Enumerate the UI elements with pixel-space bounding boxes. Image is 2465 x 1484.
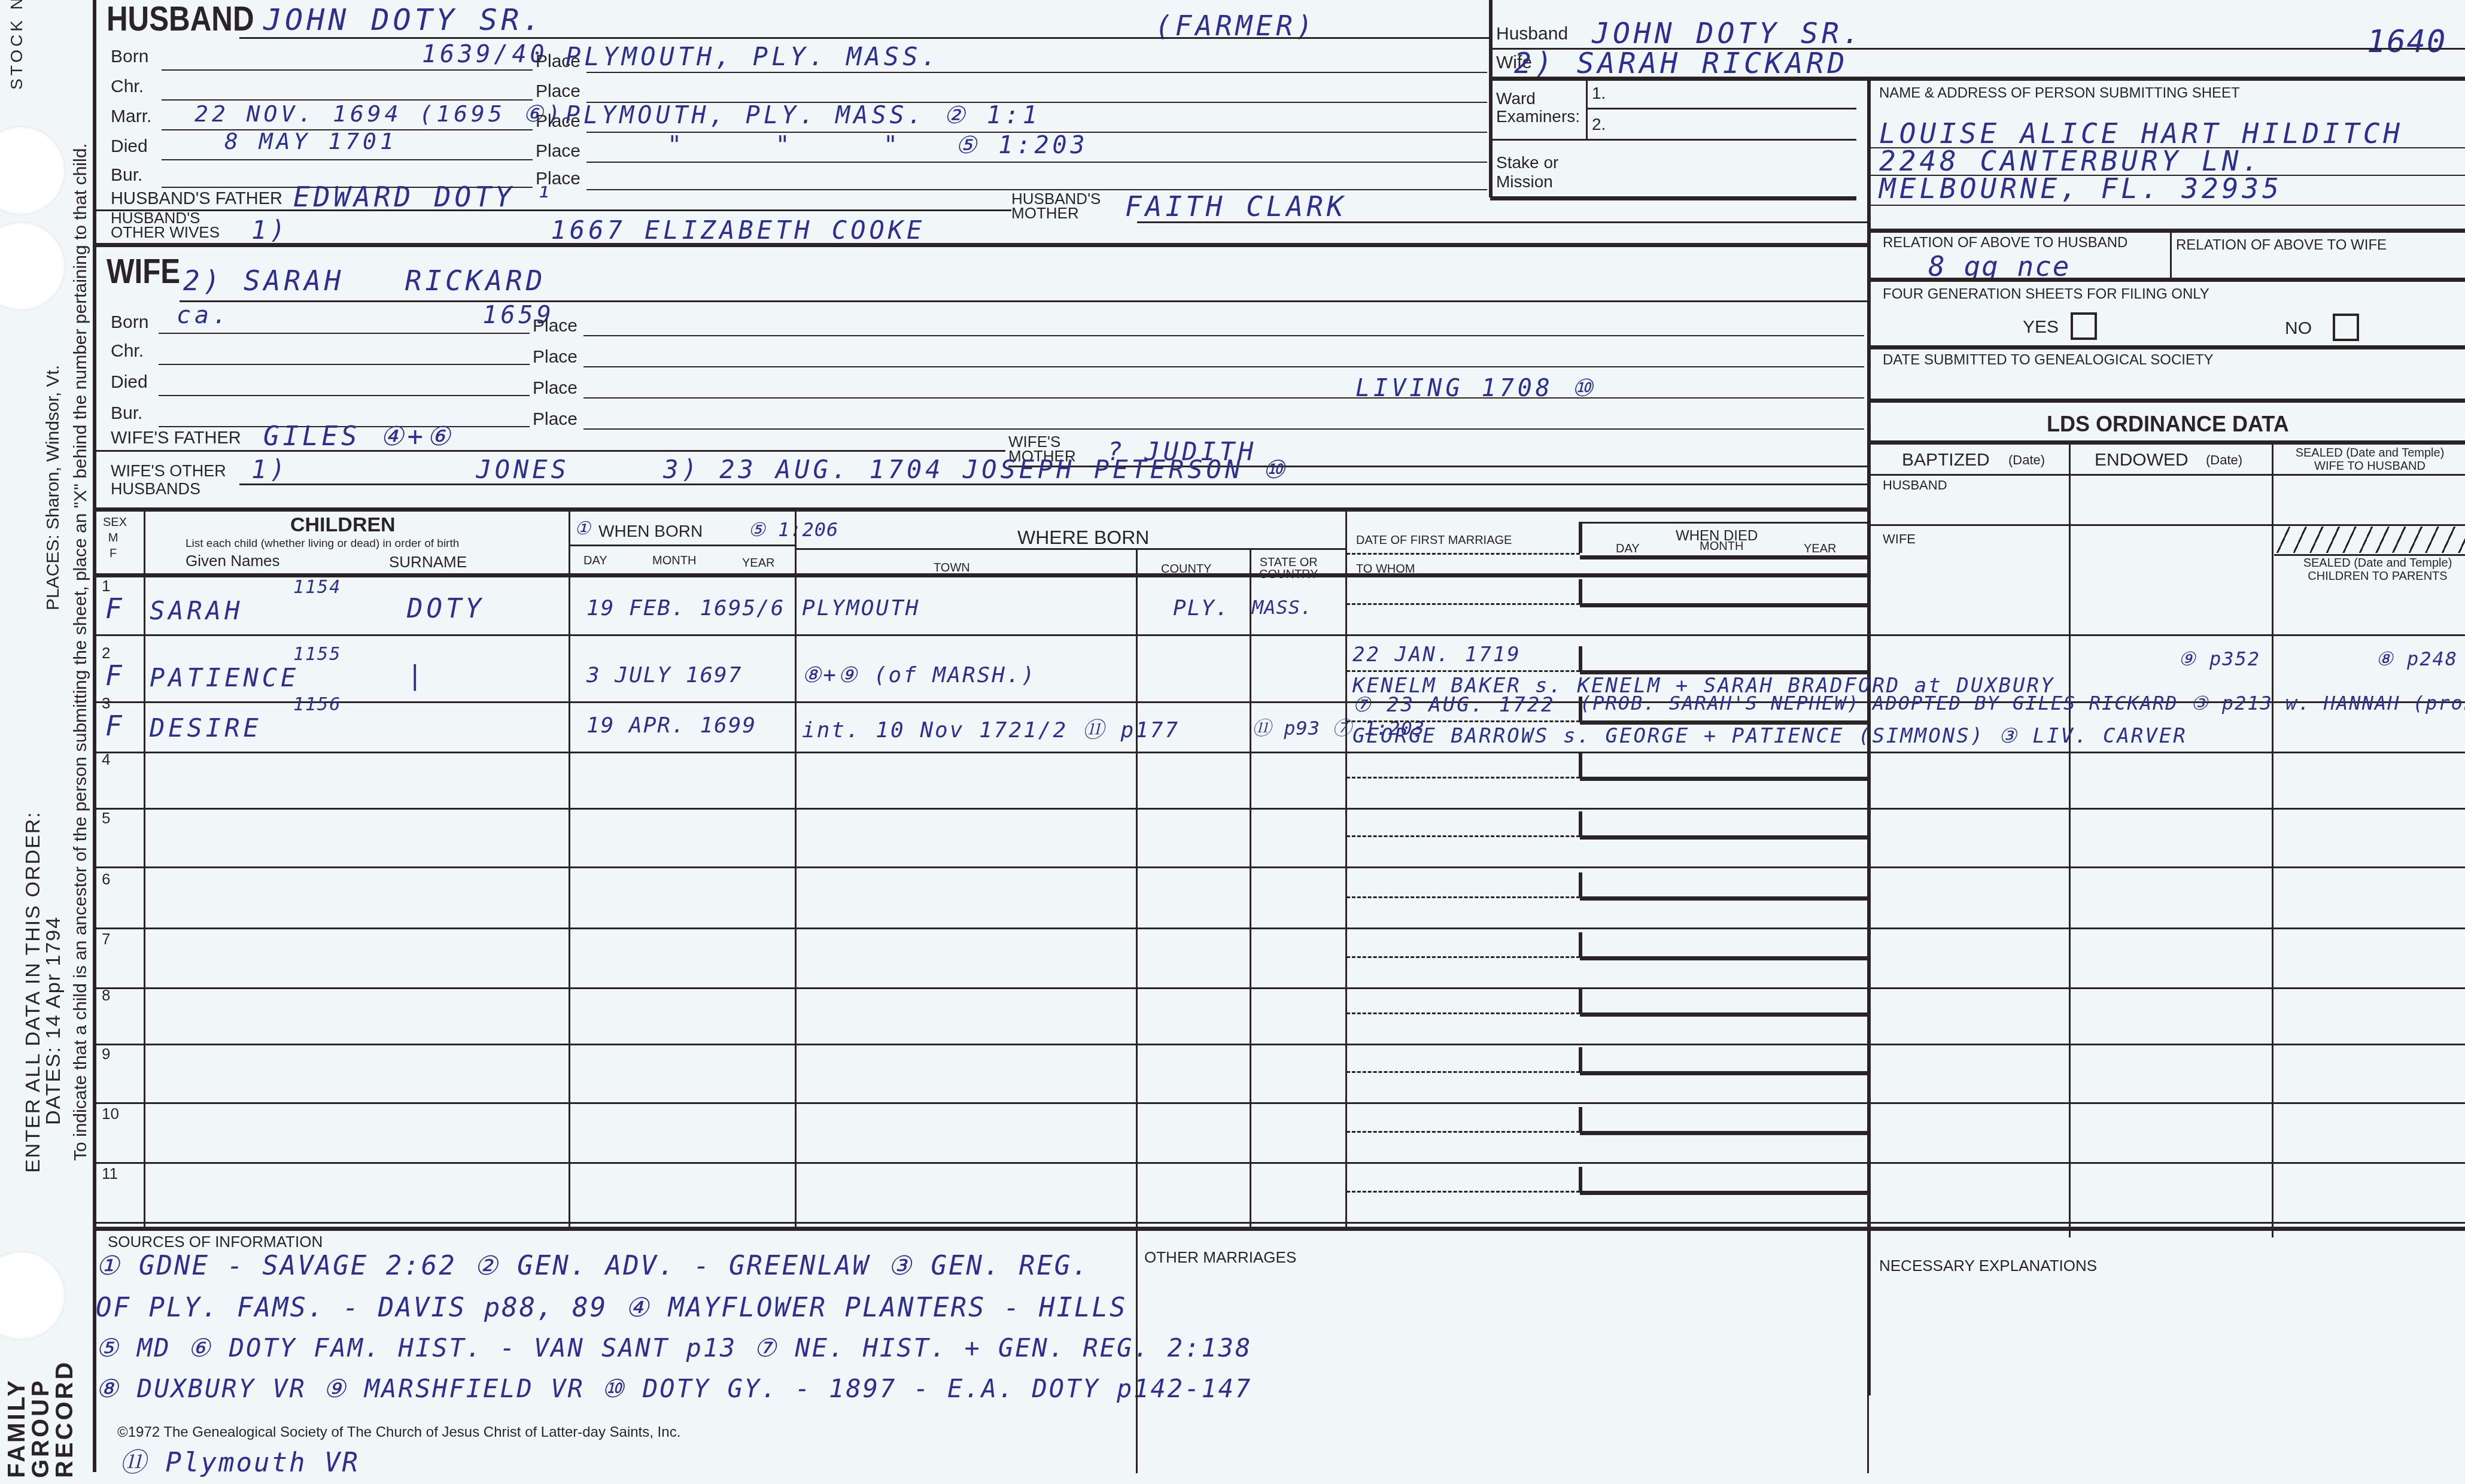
endowed-label: ENDOWED: [2095, 450, 2189, 470]
rule: [1579, 811, 1582, 835]
child-row: 5: [96, 808, 2465, 869]
stake-mission-label: Stake orMission: [1496, 153, 1558, 191]
source-line-3[interactable]: ⑤ MD ⑥ DOTY FAM. HIST. - VAN SANT p13 ⑦ …: [96, 1333, 1252, 1363]
child-number: 4: [102, 750, 110, 769]
dashed-rule: [1347, 1131, 1580, 1133]
wife-chr-row: Chr. Place: [111, 337, 1867, 367]
rule: [1579, 1167, 1582, 1191]
lds-husband-row-label: HUSBAND: [1883, 478, 1947, 493]
rule: [1580, 720, 1867, 725]
husband-heading: HUSBAND: [107, 0, 254, 39]
child-number: 9: [102, 1045, 110, 1063]
dashed-rule: [1347, 777, 1580, 779]
places-note: PLACES: Sharon, Windsor, Vt.: [43, 365, 63, 610]
wife-born-row: Born ca. 1659 Place: [111, 306, 1867, 336]
child-number: 6: [102, 870, 110, 889]
rule: [1137, 221, 1867, 223]
date-note: (Date): [2206, 452, 2242, 468]
rule: [583, 428, 1864, 430]
child-birth-county[interactable]: PLY.: [1173, 596, 1230, 621]
rule: [159, 395, 530, 396]
rule: [1867, 1228, 1869, 1473]
rule: [1870, 440, 2465, 445]
husband-chr-row: Chr. Place: [111, 73, 1487, 102]
rule: [583, 397, 1864, 399]
born-label: Born: [111, 312, 148, 333]
husband-died-row: Died 8 MAY 1701 Place " " " ⑤ 1:203: [111, 133, 1487, 162]
form-title-family: FAMILY: [4, 1378, 31, 1478]
children-subtitle: List each child (whether living or dead)…: [186, 537, 459, 551]
bur-label: Bur.: [111, 165, 142, 185]
child-row: 1 F SARAH 1154 DOTY 19 FEB. 1695/6 PLYMO…: [96, 576, 2465, 637]
rule: [583, 366, 1864, 367]
hatched-cell: [2274, 527, 2465, 553]
died-day-label: DAY: [1616, 542, 1640, 556]
husband-born-row: Born 1639/40 Place PLYMOUTH, PLY. MASS.: [111, 43, 1487, 72]
husband-father[interactable]: EDWARD DOTY ¹: [293, 181, 555, 213]
child-sealed[interactable]: ⑧ p248: [2376, 647, 2458, 670]
wife-born-date[interactable]: ca. 1659: [177, 302, 555, 329]
child-birth-date[interactable]: 19 FEB. 1695/6: [586, 596, 785, 621]
rule: [96, 450, 1005, 452]
child-row: 10: [96, 1103, 2465, 1164]
relation-wife-label: RELATION OF ABOVE TO WIFE: [2176, 237, 2387, 254]
yes-label: YES: [2023, 317, 2059, 337]
rule: [159, 333, 530, 334]
wife-father[interactable]: GILES ④+⑥: [263, 421, 454, 452]
rule: [96, 209, 1011, 211]
child-row: 3 F DESIRE 1156 19 APR. 1699 int. 10 Nov…: [96, 693, 2465, 754]
first-marriage-label: DATE OF FIRST MARRIAGE: [1356, 534, 1512, 548]
rule: [1870, 474, 2465, 476]
child-row: 7: [96, 929, 2465, 990]
dashed-rule: [1347, 720, 1580, 722]
rule: [1579, 989, 1582, 1012]
rule: [2274, 554, 2465, 556]
children-title: CHILDREN: [290, 513, 396, 537]
child-ref-number: 1154: [293, 577, 341, 598]
wife-father-label: WIFE'S FATHER: [111, 428, 241, 448]
header-husband-label: Husband: [1496, 24, 1568, 44]
lds-title: LDS ORDINANCE DATA: [2047, 412, 2289, 437]
husband-other-wives-label: HUSBAND'SOTHER WIVES: [111, 211, 220, 239]
rule: [159, 364, 530, 365]
dashed-rule: [1347, 835, 1580, 837]
rule: [1579, 872, 1582, 896]
rule: [1489, 0, 1493, 197]
relation-husband-label: RELATION OF ABOVE TO HUSBAND: [1883, 235, 2127, 251]
four-gen-label: FOUR GENERATION SHEETS FOR FILING ONLY: [1883, 286, 2209, 303]
rule: [162, 69, 533, 71]
rule: [1490, 139, 1856, 141]
child-number: 8: [102, 986, 110, 1005]
place-label: Place: [533, 316, 578, 336]
rule: [1580, 956, 1867, 960]
rule: [2170, 230, 2172, 278]
child-marriage-date[interactable]: ⑦ 23 AUG. 1722: [1352, 693, 1555, 717]
child-birth-state[interactable]: MASS.: [1252, 596, 1312, 619]
when-born-source-note: ①: [575, 518, 591, 539]
child-sex[interactable]: F: [105, 710, 122, 742]
rule: [1579, 646, 1582, 670]
place-label: Place: [533, 347, 578, 367]
when-born-label: WHEN BORN: [598, 522, 703, 541]
child-death-info[interactable]: (PROB. SARAH'S NEPHEW) ADOPTED BY GILES …: [1580, 692, 2465, 714]
child-row: 9: [96, 1044, 2465, 1105]
child-number: 11: [102, 1164, 118, 1183]
stock-number: STOCK NO. GA: [7, 0, 26, 90]
header-wife[interactable]: 2) SARAH RICKARD: [1514, 47, 1848, 80]
source-line-4[interactable]: ⑧ DUXBURY VR ⑨ MARSHFIELD VR ⑩ DOTY GY. …: [96, 1374, 1252, 1403]
wife-other-husbands[interactable]: 1) JONES 3) 23 AUG. 1704 JOSEPH PETERSON…: [251, 455, 1288, 484]
dashed-rule: [1347, 1071, 1580, 1073]
rule: [96, 1222, 2465, 1224]
husband-born-date[interactable]: 1639/40: [422, 41, 548, 68]
lds-wife-row-label: WIFE: [1883, 531, 1916, 547]
where-born-label: WHERE BORN: [1017, 527, 1149, 549]
husband-marr-row: Marr. 22 NOV. 1694 (1695 ⑥) Place PLYMOU…: [111, 103, 1487, 132]
surname-label: SURNAME: [389, 553, 467, 571]
rule: [96, 866, 2465, 868]
place-label: Place: [536, 141, 580, 162]
rule: [1579, 697, 1582, 720]
rule: [96, 1227, 2465, 1231]
died-month-label: MONTH: [1700, 540, 1743, 554]
rule: [1870, 205, 2465, 206]
place-label: Place: [533, 409, 578, 430]
rule: [1580, 777, 1867, 781]
child-ref-number: 1156: [293, 694, 341, 715]
wife-name[interactable]: 2) SARAH RICKARD: [183, 264, 546, 297]
rule: [1870, 229, 2465, 233]
husband-marr-date[interactable]: 22 NOV. 1694 (1695 ⑥): [194, 101, 564, 127]
rule: [795, 548, 1345, 550]
rule: [1579, 522, 1582, 553]
wife-other-husbands-label: WIFE'S OTHERHUSBANDS: [111, 462, 226, 498]
sources-label: SOURCES OF INFORMATION: [108, 1233, 323, 1251]
rule: [1870, 399, 2465, 403]
marr-label: Marr.: [111, 107, 151, 127]
rule: [239, 37, 1490, 39]
dashed-rule: [1347, 956, 1580, 958]
baptized-label: BAPTIZED: [1902, 450, 1990, 470]
source-line-5[interactable]: ⑪ Plymouth VR: [120, 1441, 360, 1479]
examiner-2[interactable]: 2.: [1592, 115, 1606, 134]
husband-died-date[interactable]: 8 MAY 1701: [224, 128, 397, 154]
rule: [569, 545, 796, 546]
child-surname[interactable]: |: [407, 661, 427, 691]
necessary-explanations-label: NECESSARY EXPLANATIONS: [1879, 1257, 2097, 1275]
born-label: Born: [111, 47, 148, 67]
rule: [96, 507, 1867, 512]
child-birth-town[interactable]: int. 10 Nov 1721/2 ⑪ p177: [802, 713, 1180, 744]
date-note: (Date): [2008, 452, 2045, 468]
rule: [96, 243, 1867, 247]
rule: [1580, 1071, 1867, 1075]
rule: [1579, 1107, 1582, 1131]
child-given-name[interactable]: DESIRE: [150, 713, 262, 743]
month-label: MONTH: [652, 554, 696, 568]
dashed-rule: [1347, 1191, 1580, 1193]
place-label: Place: [536, 81, 580, 102]
no-label: NO: [2285, 318, 2312, 339]
rule: [1580, 1131, 1867, 1135]
child-birth-town[interactable]: ⑧+⑨ (of MARSH.): [802, 663, 1036, 688]
husband-born-place[interactable]: PLYMOUTH, PLY. MASS.: [566, 42, 940, 71]
submitter-label: NAME & ADDRESS OF PERSON SUBMITTING SHEE…: [1879, 85, 2240, 102]
copyright: ©1972 The Genealogical Society of The Ch…: [117, 1424, 680, 1441]
child-spouse[interactable]: GEORGE BARROWS s. GEORGE + PATIENCE (SIM…: [1352, 724, 2187, 748]
rule: [1490, 196, 1856, 200]
rule: [1870, 524, 2465, 526]
child-ref-number: 1155: [293, 644, 341, 665]
rule: [1870, 278, 2465, 282]
died-label: Died: [111, 372, 148, 393]
child-marriage-date[interactable]: 22 JAN. 1719: [1352, 643, 1521, 667]
rule: [1580, 835, 1867, 840]
child-number: 7: [102, 930, 110, 948]
husband-marr-place[interactable]: PLYMOUTH, PLY. MASS. ② 1:1: [566, 102, 1041, 129]
header-husband[interactable]: JOHN DOTY SR.: [1592, 17, 1864, 50]
no-checkbox[interactable]: [2333, 314, 2359, 341]
rule: [1579, 579, 1582, 603]
ward-examiners-label: WardExaminers:: [1496, 90, 1580, 126]
rule: [1580, 522, 1867, 524]
rule: [1580, 555, 1867, 559]
wife-heading: WIFE: [107, 251, 180, 291]
died-label: Died: [111, 136, 148, 157]
binder-hole: [0, 126, 66, 215]
rule: [1580, 670, 1867, 674]
child-sex[interactable]: F: [105, 592, 122, 625]
child-endowed[interactable]: ⑨ p352: [2178, 647, 2260, 670]
sheet-number[interactable]: 1640: [2367, 24, 2446, 60]
rule: [162, 159, 533, 160]
child-birth-date[interactable]: 19 APR. 1699: [586, 713, 756, 738]
husband-mother[interactable]: FAITH CLARK: [1125, 190, 1347, 223]
source-line-2[interactable]: OF PLY. FAMS. - DAVIS p88, 89 ④ MAYFLOWE…: [96, 1293, 1127, 1323]
child-sex[interactable]: F: [105, 659, 122, 692]
bur-label: Bur.: [111, 403, 142, 424]
rule: [1490, 77, 2465, 81]
rule: [239, 483, 1867, 485]
form-title-record: RECORD: [51, 1360, 78, 1478]
given-names-label: Given Names: [186, 552, 280, 570]
child-birth-town[interactable]: PLYMOUTH: [802, 596, 920, 621]
child-number: 10: [102, 1105, 119, 1123]
dashed-rule: [1347, 603, 1580, 605]
dashed-rule: [1347, 896, 1580, 898]
rule: [1579, 932, 1582, 956]
rule: [583, 335, 1864, 336]
died-year-label: YEAR: [1804, 542, 1836, 556]
rule: [96, 634, 2465, 636]
rule: [1136, 1228, 1138, 1473]
child-row: 11: [96, 1163, 2465, 1224]
child-surname[interactable]: DOTY: [407, 594, 485, 624]
rule: [1579, 753, 1582, 777]
chr-label: Chr.: [111, 77, 144, 97]
child-birth-date[interactable]: 3 JULY 1697: [586, 663, 742, 688]
rule: [1580, 896, 1867, 901]
dashed-rule: [1347, 1012, 1580, 1014]
submitter-city[interactable]: MELBOURNE, FL. 32935: [1879, 172, 2282, 205]
rule: [1580, 1012, 1867, 1017]
child-row: 6: [96, 869, 2465, 930]
wife-died-row: Died Place LIVING 1708 ⑩: [111, 369, 1867, 399]
dates-note: DATES: 14 Apr 1794: [42, 916, 65, 1125]
husband-died-place[interactable]: " " " ⑤ 1:203: [667, 132, 1089, 159]
dashed-rule: [1347, 670, 1580, 672]
rule: [1870, 345, 2465, 349]
other-marriages-label: OTHER MARRIAGES: [1144, 1248, 1296, 1267]
rule: [1587, 108, 1856, 110]
sealed-wife-husband-label: SEALED (Date and Temple)WIFE TO HUSBAND: [2274, 446, 2465, 473]
sex-header: SEXMF: [103, 515, 123, 561]
rule: [1580, 603, 1867, 607]
husband-mother-label: HUSBAND'SMOTHER: [1011, 191, 1101, 220]
rule: [1580, 1191, 1867, 1195]
husband-name[interactable]: JOHN DOTY SR.: [263, 2, 544, 37]
child-given-name[interactable]: PATIENCE: [150, 663, 299, 692]
child-number: 5: [102, 809, 110, 828]
child-row: 4: [96, 749, 2465, 810]
ancestor-note: To indicate that a child is an ancestor …: [71, 143, 91, 1161]
yes-checkbox[interactable]: [2071, 312, 2097, 340]
day-label: DAY: [583, 554, 607, 568]
child-row: 8: [96, 985, 2465, 1046]
form-title-group: GROUP: [28, 1378, 54, 1478]
binder-hole: [0, 221, 66, 311]
chr-label: Chr.: [111, 341, 144, 361]
husband-other-wives[interactable]: 1) 1667 ELIZABETH COOKE: [251, 215, 925, 245]
dashed-rule: [1347, 553, 1580, 555]
year-label: YEAR: [742, 556, 774, 570]
date-submitted-label: DATE SUBMITTED TO GENEALOGICAL SOCIETY: [1883, 352, 2214, 369]
place-label: Place: [533, 378, 578, 399]
when-born-source-page: ⑤ 1:206: [748, 518, 838, 541]
husband-father-label: HUSBAND'S FATHER: [111, 189, 282, 209]
binder-hole: [0, 1251, 66, 1340]
examiner-1[interactable]: 1.: [1592, 84, 1606, 103]
rule: [1579, 1047, 1582, 1071]
source-line-1[interactable]: ① GDNE - SAVAGE 2:62 ② GEN. ADV. - GREEN…: [96, 1251, 1090, 1281]
child-given-name[interactable]: SARAH: [150, 596, 243, 625]
